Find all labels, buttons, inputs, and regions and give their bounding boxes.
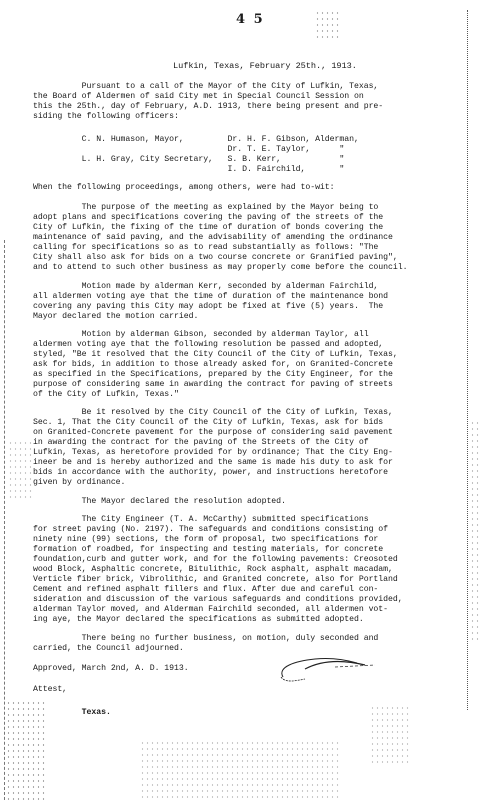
text-line: for street paving (No. 2197). The safegu…	[33, 525, 388, 535]
text-line: the Board of Aldermen of said City met i…	[33, 92, 364, 102]
text-line: Lufkin, Texas, as heretofore provided fo…	[33, 448, 393, 458]
document-heading: Lufkin, Texas, February 25th., 1913.	[173, 61, 357, 71]
text-line: styled, "Be it resolved that the City Co…	[33, 350, 398, 360]
officer-row: C. N. Humason, Mayor, Dr. H. F. Gibson, …	[33, 135, 359, 145]
text-line: purpose of considering same in awarding …	[33, 380, 393, 390]
officer-row: Dr. T. E. Taylor, "	[33, 145, 344, 155]
text-line: wood Block, Asphaltic concrete, Bitulith…	[33, 565, 393, 575]
resolution-adopted: The Mayor declared the resolution adopte…	[33, 497, 286, 507]
text-line: ninety nine (99) sections, the form of p…	[33, 535, 378, 545]
approved-line: Approved, March 2nd, A. D. 1913.	[33, 664, 189, 674]
text-line: in awarding the contract for the paving …	[33, 438, 369, 448]
scan-edge-left	[4, 240, 5, 800]
text-line: City of Lufkin, the fixing of the time o…	[33, 223, 383, 233]
text-line: all aldermen voting aye that the time of…	[33, 292, 388, 302]
text-line: Pursuant to a call of the Mayor of the C…	[33, 82, 378, 92]
attest-line: Attest,	[33, 685, 67, 695]
officer-row: L. H. Gray, City Secretary, S. B. Kerr, …	[33, 155, 344, 165]
text-line: Motion by alderman Gibson, seconded by a…	[33, 330, 369, 340]
scan-noise	[315, 10, 340, 40]
scan-noise	[470, 420, 480, 640]
text-line: aldermen voting aye that the following r…	[33, 340, 383, 350]
text-line: Motion made by alderman Kerr, seconded b…	[33, 282, 378, 292]
text-line: There being no further business, on moti…	[33, 634, 378, 644]
text-line: of the City of Lufkin, Texas."	[33, 390, 179, 400]
proceedings-intro: When the following proceedings, among ot…	[33, 183, 335, 193]
text-line: Sec. 1, That the City Council of the Cit…	[33, 418, 383, 428]
text-line: Be it resolved by the City Council of th…	[33, 408, 393, 418]
text-line: maintenance of said paving, and the advi…	[33, 233, 393, 243]
text-line: foundation,curb and gutter work, and for…	[33, 555, 398, 565]
scan-noise	[370, 705, 410, 765]
text-line: Mayor declared the motion carried.	[33, 312, 198, 322]
officer-row: I. D. Fairchild, "	[33, 165, 344, 175]
text-line: and to attend to such other business as …	[33, 263, 407, 273]
text-line: Cement and refined asphalt fillers and f…	[33, 585, 378, 595]
text-line: carried, the Council adjourned.	[33, 644, 184, 654]
text-line: ineer be and is hereby authorized and th…	[33, 458, 393, 468]
text-line: City shall also ask for bids on a two co…	[33, 253, 398, 263]
page-number-handwritten: 4 5	[236, 12, 265, 27]
text-line: The City Engineer (T. A. McCarthy) submi…	[33, 515, 369, 525]
text-line: covering any paving this City may adopt …	[33, 302, 383, 312]
text-line: alderman Taylor moved, and Alderman Fair…	[33, 605, 388, 615]
text-line: given by ordinance.	[33, 478, 125, 488]
scan-edge-right	[467, 10, 468, 710]
text-line: this the 25th., day of February, A.D. 19…	[33, 102, 383, 112]
signature-mark	[275, 655, 385, 685]
text-line: adopt plans and specifications covering …	[33, 213, 383, 223]
text-line: as specified in the Specifications, prep…	[33, 370, 393, 380]
text-line: siding the following officers:	[33, 112, 179, 122]
text-line: sideration and discussion of the various…	[33, 595, 403, 605]
text-line: bids in accordance with the authority, p…	[33, 468, 388, 478]
document-page: 4 5 Lufkin, Texas, February 25th., 1913.…	[0, 0, 488, 800]
scan-noise	[140, 740, 340, 800]
text-line: formation of roadbed, for inspecting and…	[33, 545, 383, 555]
text-line: The purpose of the meeting as explained …	[33, 203, 378, 213]
scan-noise	[6, 700, 46, 800]
text-line: on Granited-Concrete pavement for the pu…	[33, 428, 393, 438]
text-line: ask for bids, in addition to those alrea…	[33, 360, 393, 370]
text-line: Verticle fiber brick, Vibrolithic, and G…	[33, 575, 398, 585]
text-line: ing aye, the Mayor declared the specific…	[33, 615, 364, 625]
scan-noise	[8, 440, 33, 500]
text-line: calling for specifications so as to read…	[33, 243, 378, 253]
